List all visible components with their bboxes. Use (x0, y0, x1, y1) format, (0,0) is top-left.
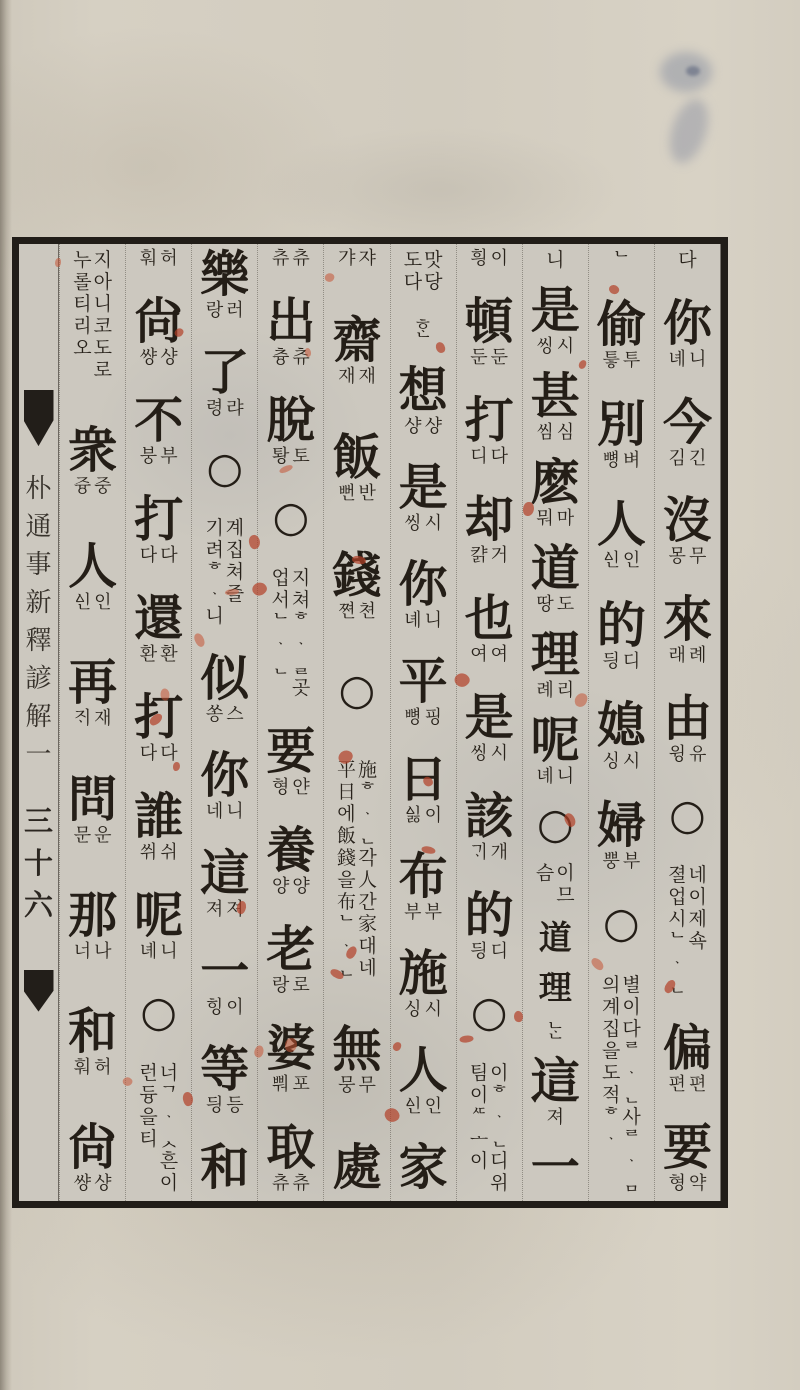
fold-title: 朴通事新釋諺解一 (25, 470, 51, 774)
hanja-char: 也 (465, 593, 514, 645)
hangul-gloss-pair: ᅀᅵᆫ인 (399, 1097, 448, 1117)
hanja-with-gloss: 却캵거 (465, 494, 514, 566)
hanja-with-gloss: 和훠허 (68, 1006, 117, 1078)
fold-title-char: 新 (25, 584, 51, 622)
hangul-gloss-pair: 윙유 (663, 745, 712, 765)
gloss-left: 녜 (140, 942, 157, 962)
hangul-gloss-pair: 쏭스 (200, 705, 249, 725)
gloss-left: 몽 (669, 547, 686, 567)
hangul-gloss-pair: 씽시 (465, 744, 514, 764)
hangul-gloss-pair: 부부 (399, 903, 448, 923)
hangul-gloss-pair: 져 (531, 1108, 580, 1128)
translation-char: ᆷ (622, 1172, 640, 1194)
hanja-with-gloss: 樂랑러 (200, 249, 249, 321)
gloss-left: 힁 (470, 249, 487, 269)
gloss-right: 반 (358, 484, 375, 504)
hangul-gloss-pair: 싱시 (399, 1000, 448, 1020)
translation-char: 맛 (424, 249, 442, 271)
translation-char: 다 (622, 1018, 640, 1040)
translation-char: 위 (490, 1172, 508, 1194)
translation-char: 도 (94, 337, 112, 359)
hangul-gloss-pair: ᅀᅵᆫ인 (68, 593, 117, 613)
translation-char: ᄒ (602, 1106, 620, 1128)
hanja-char: 甚 (531, 371, 580, 423)
gloss-right: 쟈 (358, 249, 375, 269)
text-column-7: 츄츄出츙츄脫퇑토○업서ᄂᆞᆫ지쳐ᄒᆞᆯ곳要형얀養양양老랑로婆뿨포取츄츄 (257, 244, 323, 1201)
translation-char: ᆯ (292, 655, 310, 677)
text-column-10: 누롤티리오지아니코도로衆즁중人ᅀᅵᆫ인再ᄌᆡ재問문운那너나和훠허尙썅샹 (59, 244, 125, 1201)
fishtail-mark-upper (24, 390, 54, 462)
gloss-right: 이 (226, 998, 243, 1018)
hangul-gloss-pair: 둔둔 (465, 348, 514, 368)
fold-title-char: 釋 (25, 622, 51, 660)
gloss-right: 환 (160, 645, 177, 665)
gloss-right: 편 (689, 1075, 706, 1095)
gloss-right: 허 (94, 1058, 111, 1078)
hangul-gloss-pair: 령랴 (200, 399, 249, 419)
translation-char: ᆺ (160, 1128, 178, 1150)
hanja-char: 了 (200, 347, 249, 399)
sub-right: 지쳐ᄒᆞᆯ곳 (292, 567, 310, 699)
translation-two-up: 平日에飯錢을布ᄂᆞᆫ施ᄒᆞᆫ각人간家대네 (337, 759, 377, 979)
hangul-gloss-pair: 녜니 (663, 350, 712, 370)
sub-right: 네이제쇽 (688, 864, 706, 996)
translation-char: 의 (602, 974, 620, 996)
translation-char: 졀 (668, 864, 686, 886)
sub-right: 계집쳐즐 (226, 517, 244, 627)
hanja-char: 理 (539, 970, 572, 1006)
translation-two-up: 팀이ᄯᅩ이이ᄒᆞᆫ디위 (470, 1062, 509, 1194)
translation-char: 간 (358, 891, 376, 913)
hanja-with-gloss: 脫퇑토 (266, 395, 315, 467)
translation-char: 이 (160, 1172, 178, 1194)
translation-char: 므 (556, 884, 574, 906)
hanja-char: 家 (399, 1142, 448, 1194)
hangul-gloss-pair: ᄌᆡ재 (68, 709, 117, 729)
gloss-left: 틓 (602, 351, 619, 371)
sub-right: 별이다ᄅᆞᆫ사ᄅᆞᆷ (622, 974, 640, 1194)
hanja-with-gloss: 衆즁중 (68, 425, 117, 497)
sub-left: 슴 (536, 862, 554, 906)
translation-char: ᄂ (337, 913, 355, 935)
translation-char: 코 (94, 315, 112, 337)
hangul-gloss-pair: 양양 (266, 877, 315, 897)
hanja-char: 處 (332, 1142, 381, 1194)
gloss-left: 네 (206, 802, 223, 822)
hanja-char: 打 (134, 494, 183, 546)
hanja-with-gloss: 偷틓투 (597, 299, 646, 371)
translation-char: ᆞ (272, 633, 290, 655)
translation-char: 기 (205, 517, 223, 539)
hanja-with-gloss: 婆뿨포 (266, 1023, 315, 1095)
translation-char: 네 (358, 957, 376, 979)
sub-left: 누롤티리오 (73, 249, 91, 381)
translation-char: 팀 (470, 1062, 488, 1084)
translation-char: 누 (73, 249, 91, 271)
gloss-left: 딍 (470, 942, 487, 962)
gloss-left: 씸 (536, 423, 553, 443)
hangul-gloss-pair: 틓투 (597, 351, 646, 371)
sub-left: 런듕을티 (139, 1062, 157, 1194)
gloss-right: 투 (623, 351, 640, 371)
hangul-gloss-pair: 쒸쉬 (134, 843, 183, 863)
translation-char: 집 (602, 1018, 620, 1040)
hanja-with-gloss: 別뼝벼 (597, 399, 646, 471)
wrapped-gloss-pair: 갸쟈 (338, 249, 376, 269)
hanja-with-gloss: 尙썅샹 (68, 1122, 117, 1194)
hangul-gloss-pair: 뭐마 (531, 509, 580, 529)
hanja-with-gloss: 施싱시 (399, 948, 448, 1020)
translation-char: 계 (226, 517, 244, 539)
hangul-gloss-pair: 캵거 (465, 546, 514, 566)
gloss-left: ᅀᅵᆫ (404, 1097, 421, 1117)
hanja-with-gloss: 麽뭐마 (531, 457, 580, 529)
gloss-left: 뭐 (536, 509, 553, 529)
translation-char: 을 (139, 1106, 157, 1128)
gloss-right: 디 (623, 652, 640, 672)
translation-char: 롤 (73, 271, 91, 293)
hangul-gloss-pair: 붕부 (134, 447, 183, 467)
gloss-right: 마 (557, 509, 574, 529)
hanja-medium: 道 (539, 920, 572, 956)
gloss-right: 토 (292, 447, 309, 467)
gloss-right: 로 (292, 976, 309, 996)
hanja-with-gloss: 老랑로 (266, 924, 315, 996)
gloss-right: 랴 (226, 399, 243, 419)
gloss-right: 부 (160, 447, 177, 467)
hangul-gloss-pair: 훠허 (68, 1058, 117, 1078)
hanja-with-gloss: 的딍디 (465, 890, 514, 962)
gloss-right: 이 (491, 249, 508, 269)
hangul-gloss-pair: 래례 (663, 646, 712, 666)
gloss-left: 싱 (602, 752, 619, 772)
hanja-with-gloss: 等딍등 (200, 1044, 249, 1116)
translation-char: 별 (622, 974, 640, 996)
gloss-left: 녜 (669, 350, 686, 370)
translation-char: ᆞ (292, 633, 310, 655)
translation-two-up: 기려ᄒᆞ니계집쳐즐 (205, 517, 244, 627)
gloss-left: 너 (74, 942, 91, 962)
translation-char: 네 (688, 864, 706, 886)
translation-char: ᆫ (358, 825, 376, 847)
sub-right: 지아니코도로 (94, 249, 112, 381)
hanja-char: 不 (134, 395, 183, 447)
hanja-with-gloss: 人ᅀᅵᆫ인 (399, 1045, 448, 1117)
gloss-right: 긴 (689, 449, 706, 469)
hanja-with-gloss: 布부부 (399, 851, 448, 923)
translation-char: 도 (602, 1062, 620, 1084)
translation-char: ᆞ (205, 583, 223, 605)
hanja-char: 想 (399, 365, 448, 417)
sub-right: 맛당 (424, 249, 442, 293)
gloss-right: 인 (425, 1097, 442, 1117)
hanja-char: 該 (465, 791, 514, 843)
gloss-left: 츙 (272, 348, 289, 368)
gloss-right: 거 (491, 546, 508, 566)
translation-char: 人 (358, 869, 377, 891)
gloss-left: 땅 (536, 595, 553, 615)
gloss-left: 양 (272, 877, 289, 897)
gloss-right: 다 (160, 744, 177, 764)
hangul-gloss-pair: 딍등 (200, 1096, 249, 1116)
hanja-char: 飯 (332, 432, 381, 484)
gloss-right: 인 (623, 551, 640, 571)
translation-two-up: 업서ᄂᆞᆫ지쳐ᄒᆞᆯ곳 (272, 567, 311, 699)
hanja-with-gloss: 想샹샹 (399, 365, 448, 437)
bottom-paper-margin (0, 1208, 800, 1390)
hanja-with-gloss: 一 (531, 1142, 580, 1194)
gloss-right: 니 (226, 802, 243, 822)
hanja-char: 還 (134, 593, 183, 645)
hanja-with-gloss: 甚씸심 (531, 371, 580, 443)
gloss-right: 니 (557, 767, 574, 787)
gloss-left: 훠 (74, 1058, 91, 1078)
gloss-left: 붕 (140, 447, 157, 467)
hanja-char: 老 (266, 924, 315, 976)
small-hangul: 니 (546, 249, 564, 271)
hanja-char: 偏 (663, 1023, 712, 1075)
hanja-char: 那 (68, 890, 117, 942)
hanja-char: 布 (399, 851, 448, 903)
translation-char: 쇽 (688, 930, 706, 952)
hanja-with-gloss: 你녜니 (399, 559, 448, 631)
translation-two-up: 슴이므 (536, 862, 575, 906)
translation-char: 업 (668, 886, 686, 908)
text-column-4: 힁이頓둔둔打디다却캵거也여여是씽시該ᄀᆡ개的딍디○팀이ᄯᅩ이이ᄒᆞᆫ디위 (456, 244, 522, 1201)
translation-two-up: 도다맛당 (404, 249, 443, 293)
gloss-right: 유 (689, 745, 706, 765)
hanja-char: 樂 (200, 249, 249, 301)
hanja-with-gloss: 沒몽무 (663, 495, 712, 567)
gloss-right: 샹 (425, 417, 442, 437)
hanja-with-gloss: 今김긴 (663, 397, 712, 469)
gloss-right: 허 (160, 249, 177, 269)
sub-left: 졀업시ᄂᆞᆫ (668, 864, 686, 996)
gloss-right: 니 (160, 942, 177, 962)
sub-right: 施ᄒᆞᆫ각人간家대네 (358, 759, 377, 979)
translation-char: ᄂ (668, 930, 686, 952)
hanja-char: 道 (539, 920, 572, 956)
gloss-left: 뼝 (404, 708, 421, 728)
translation-char: ᄀ (160, 1084, 178, 1106)
translation-char: 디 (490, 1150, 508, 1172)
hangul-gloss-pair: 녜니 (134, 942, 183, 962)
gloss-right: 다 (491, 447, 508, 467)
fold-title-char: 事 (25, 546, 51, 584)
translation-char: ᆞ (358, 803, 376, 825)
hanja-with-gloss: 媳싱시 (597, 700, 646, 772)
gloss-left: 편 (669, 1075, 686, 1095)
translation-char: 家 (358, 913, 377, 935)
hanja-char: 衆 (68, 425, 117, 477)
hanja-with-gloss: 還환환 (134, 593, 183, 665)
gloss-right: 져 (547, 1108, 564, 1128)
gloss-left: 쪈 (338, 602, 355, 622)
gloss-left: 갸 (338, 249, 355, 269)
hanja-with-gloss: 無뭉무 (332, 1024, 381, 1096)
gloss-left: 뿨 (272, 1075, 289, 1095)
hangul-gloss-pair: 뼝벼 (597, 451, 646, 471)
hanja-with-gloss: 由윙유 (663, 693, 712, 765)
hanja-char: 出 (266, 296, 315, 348)
hangul-gloss-pair: 싱시 (597, 752, 646, 772)
hanja-char: 呢 (134, 890, 183, 942)
gloss-right: 시 (623, 752, 640, 772)
hangul-gloss-pair: 뻔반 (332, 484, 381, 504)
translation-char: 곳 (292, 677, 310, 699)
hangul-gloss-pair: 씽시 (399, 514, 448, 534)
sub-left: 의계집을도적ᄒᆞ (602, 974, 620, 1194)
hangul-gloss-pair: 뿡부 (597, 852, 646, 872)
hangul-gloss-pair: 샹샹 (399, 417, 448, 437)
gloss-left: 져 (206, 900, 223, 920)
gloss-left: ᄀᆡ (470, 843, 487, 863)
hanja-with-gloss: 這져 (531, 1056, 580, 1128)
hanja-with-gloss: 也여여 (465, 593, 514, 665)
hanja-char: 等 (200, 1044, 249, 1096)
gloss-left: 윙 (669, 745, 686, 765)
translation-char: ᆫ (490, 1128, 508, 1150)
gloss-left: 뿡 (602, 852, 619, 872)
gloss-right: 인 (94, 593, 111, 613)
hanja-char: 問 (68, 774, 117, 826)
gloss-left: 둔 (470, 348, 487, 368)
hangul-gloss-pair: 편편 (663, 1075, 712, 1095)
wrapped-gloss-pair: 훠허 (140, 249, 178, 269)
gloss-left: 녜 (404, 611, 421, 631)
translation-char: 日 (337, 781, 356, 803)
hangul-gloss-pair: 뿨포 (266, 1075, 315, 1095)
hanja-with-gloss: 呢녜니 (531, 715, 580, 787)
hanja-with-gloss: 你녜니 (663, 298, 712, 370)
hanja-with-gloss: 的딍디 (597, 600, 646, 672)
gloss-left: 츄 (272, 249, 289, 269)
sub-left: 업서ᄂᆞᆫ (272, 567, 290, 699)
gloss-right: 이 (425, 806, 442, 826)
hangul-gloss-pair: 힝이 (200, 998, 249, 1018)
gloss-right: 나 (94, 942, 111, 962)
gloss-right: 둔 (491, 348, 508, 368)
gloss-left: ᅀᅵᆫ (602, 551, 619, 571)
scanned-book-page: 朴通事新釋諺解一 三十六 다你녜니今김긴沒몽무來래례由윙유○졀업시ᄂᆞᆫ네이제쇽… (0, 0, 800, 1390)
gloss-right: 심 (557, 423, 574, 443)
hanja-with-gloss: 不붕부 (134, 395, 183, 467)
gloss-left: 씽 (404, 514, 421, 534)
hanja-char: 打 (465, 395, 514, 447)
folio-char: 六 (24, 884, 53, 926)
gloss-right: 등 (226, 1096, 243, 1116)
small-hangul: ᄂᆞᆫ (546, 1020, 564, 1042)
translation-char: 오 (73, 337, 91, 359)
gloss-right: 샹 (94, 1174, 111, 1194)
hanja-with-gloss: 似쏭스 (200, 653, 249, 725)
hanja-with-gloss: 平뼝핑 (399, 656, 448, 728)
translation-char: 제 (688, 908, 706, 930)
gloss-left: 다 (140, 744, 157, 764)
gloss-left: 썅 (74, 1174, 91, 1194)
gloss-right: 도 (557, 595, 574, 615)
gloss-left: 퇑 (272, 447, 289, 467)
translation-two-up: 누롤티리오지아니코도로 (73, 249, 112, 381)
gloss-right: 중 (94, 477, 111, 497)
translation-char: 적 (602, 1084, 620, 1106)
fold-title-char: 諺 (25, 660, 51, 698)
gloss-left: 여 (470, 645, 487, 665)
translation-char: 이 (556, 862, 574, 884)
hangul-gloss-pair: 랑러 (200, 301, 249, 321)
translation-char: ᆞ (160, 1106, 178, 1128)
hanja-char: 來 (663, 594, 712, 646)
hanja-char: 取 (266, 1122, 315, 1174)
translation-two-up: 졀업시ᄂᆞᆫ네이제쇽 (668, 864, 707, 996)
translation-char: 니 (205, 605, 223, 627)
hanja-with-gloss: 理례리 (531, 629, 580, 701)
folio-number: 三十六 (24, 800, 53, 926)
hangul-gloss-pair: 씽시 (531, 337, 580, 357)
hanja-with-gloss: 再ᄌᆡ재 (68, 657, 117, 729)
translation-char: 다 (404, 271, 422, 293)
hangul-gloss-pair: 김긴 (663, 449, 712, 469)
sub-right: 너ᄀᆞᆺ흔이 (160, 1062, 178, 1194)
gloss-right: 여 (491, 645, 508, 665)
hanja-char: 別 (597, 399, 646, 451)
gloss-left: 형 (272, 778, 289, 798)
fishtail-mark-lower (24, 970, 54, 1022)
translation-char: 너 (160, 1062, 178, 1084)
translation-char: 施 (358, 759, 377, 781)
text-column-5: 도다맛당ᄒᆞᆫ想샹샹是씽시你녜니平뼝핑日ᅀᅵᇙ이布부부施싱시人ᅀᅵᆫ인家 (390, 244, 456, 1201)
translation-char: ᄅ (622, 1128, 640, 1150)
sub-left: 팀이ᄯᅩ이 (470, 1062, 488, 1194)
hanja-char: 頓 (465, 296, 514, 348)
gloss-right: 얀 (292, 778, 309, 798)
translation-char: 쳐 (226, 561, 244, 583)
small-hangul: ᄒᆞᆫ (414, 318, 432, 340)
hangul-gloss-pair: 뭉무 (332, 1076, 381, 1096)
gloss-right: 양 (292, 877, 309, 897)
hanja-char: 要 (663, 1122, 712, 1174)
hanja-char: 和 (68, 1006, 117, 1058)
gloss-right: 핑 (425, 708, 442, 728)
gloss-right: 리 (557, 681, 574, 701)
hangul-gloss-pair: 녜니 (399, 611, 448, 631)
translation-char: ᆞ (490, 1106, 508, 1128)
folio-char: 十 (24, 842, 53, 884)
gloss-right: 니 (425, 611, 442, 631)
hangul-gloss-pair: ᅀᅵᇙ이 (399, 806, 448, 826)
hangul-gloss-pair: 썅샹 (134, 348, 183, 368)
translation-char: 이 (470, 1150, 488, 1172)
hanja-char: 是 (399, 462, 448, 514)
translation-char: ᄒ (490, 1084, 508, 1106)
hangul-gloss-pair: 너나 (68, 942, 117, 962)
gloss-left: ᅀᅵᆫ (74, 593, 91, 613)
hanja-with-gloss: 了령랴 (200, 347, 249, 419)
hanja-char: 的 (597, 600, 646, 652)
wrapped-gloss-pair: 츄츄 (272, 249, 310, 269)
gloss-right: 포 (292, 1075, 309, 1095)
ink-smudge-dot (686, 66, 700, 76)
translation-char: ᆞ (622, 1062, 640, 1084)
hanja-with-gloss: 養양양 (266, 825, 315, 897)
gloss-left: 뼝 (602, 451, 619, 471)
gloss-left: 츄 (272, 1174, 289, 1194)
gloss-left: 례 (536, 681, 553, 701)
hangul-gloss-pair: 썅샹 (68, 1174, 117, 1194)
hanja-char: 你 (663, 298, 712, 350)
translation-char: ᄂ (272, 611, 290, 633)
translation-char: 티 (73, 293, 91, 315)
